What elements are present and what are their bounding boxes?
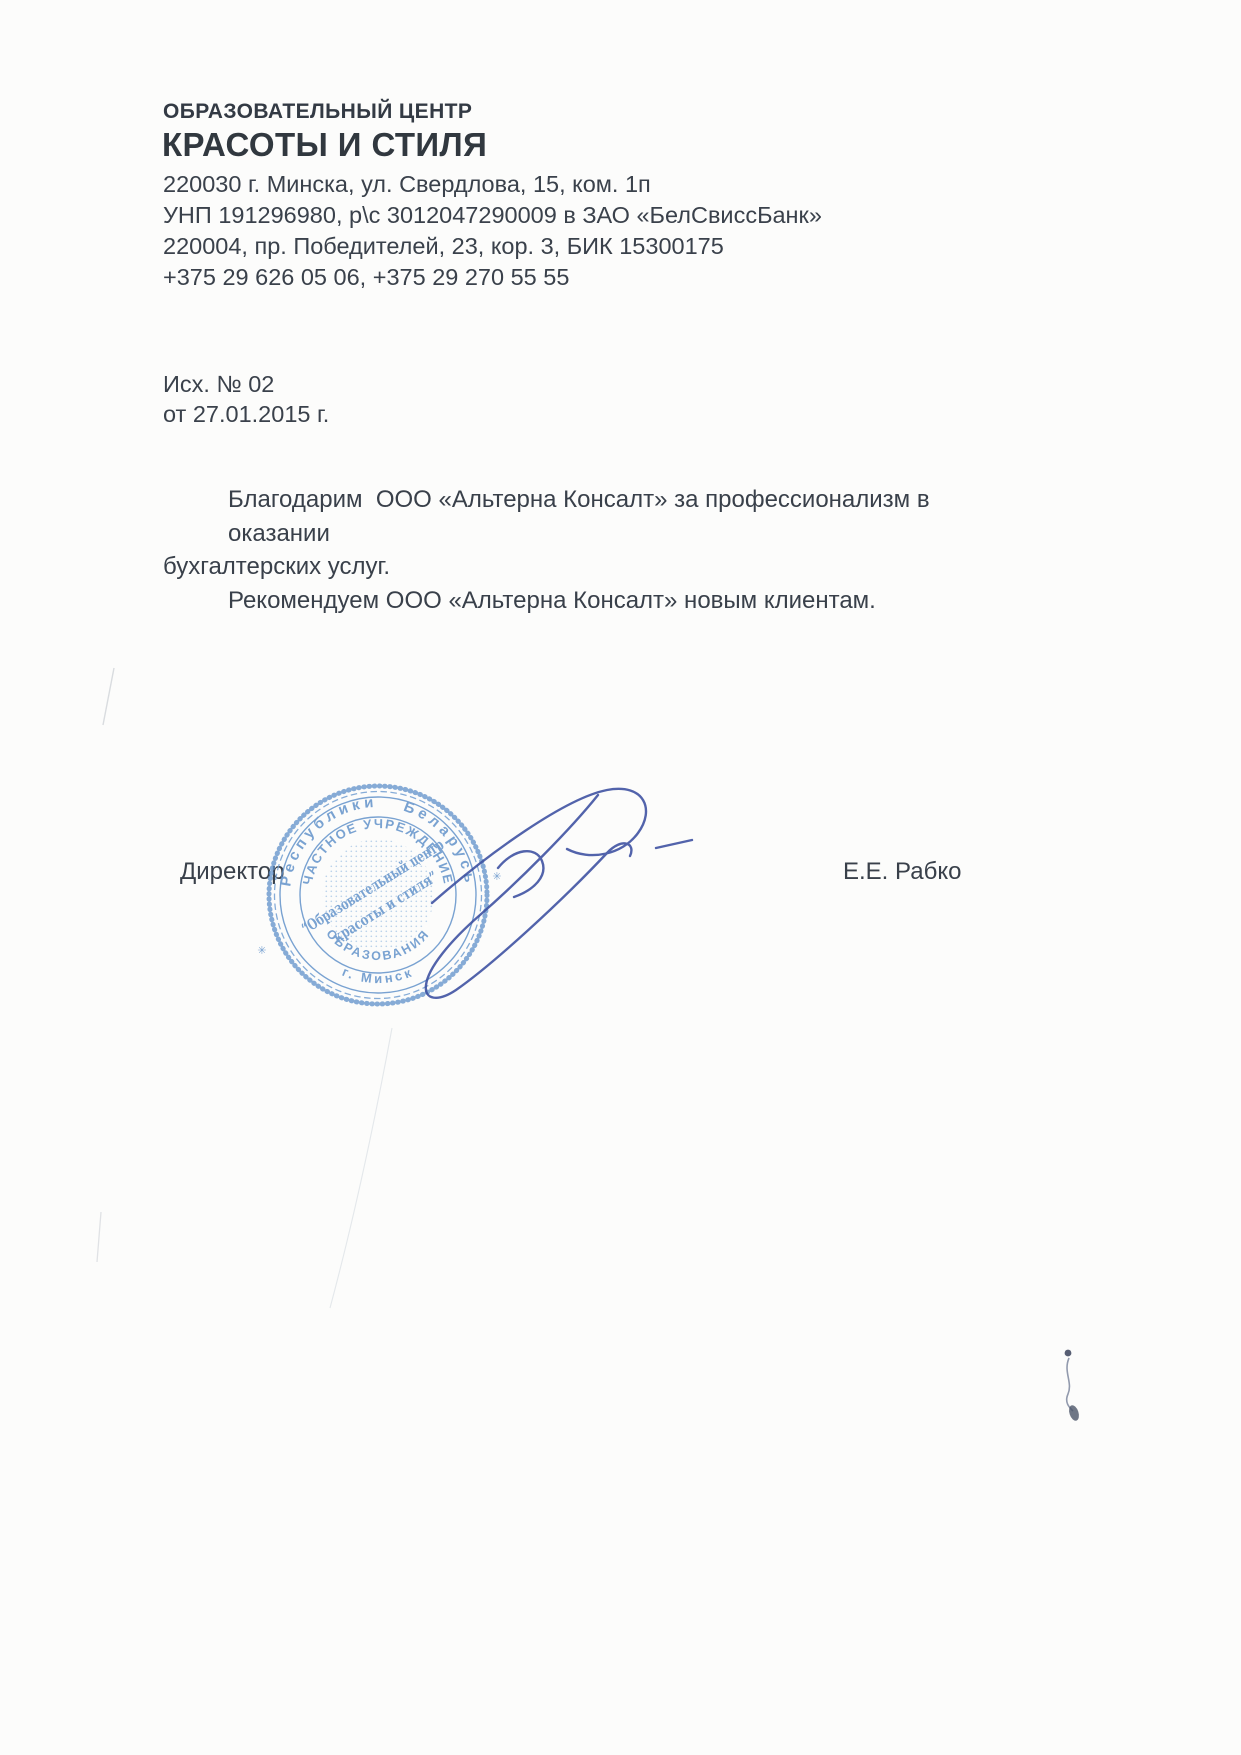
official-stamp: Республики Беларусь г. Минск ЧАСТНОЕ УЧР… [257,786,501,1004]
stamp-left-rosette: ✳ [257,945,266,957]
stamp-and-signature-layer: Республики Беларусь г. Минск ЧАСТНОЕ УЧР… [0,0,1241,1755]
scan-artifact-left-scratch-2 [97,1212,101,1262]
scan-artifact-center-scratch [330,1028,392,1308]
scan-artifact-left-scratch-1 [103,668,114,725]
stamp-outer-bottom-text: г. Минск [340,964,416,986]
signature-stroke-zigzag [498,851,543,897]
scanned-letter-page: ОБРАЗОВАТЕЛЬНЫЙ ЦЕНТР КРАСОТЫ И СТИЛЯ 22… [0,0,1241,1755]
signature-ink [426,789,692,998]
stamp-right-rosette: ✳ [492,871,501,883]
scan-artifact-ink-squiggle [1065,1350,1081,1422]
signature-stroke-dash [656,840,692,848]
scan-artifacts [97,668,1081,1422]
